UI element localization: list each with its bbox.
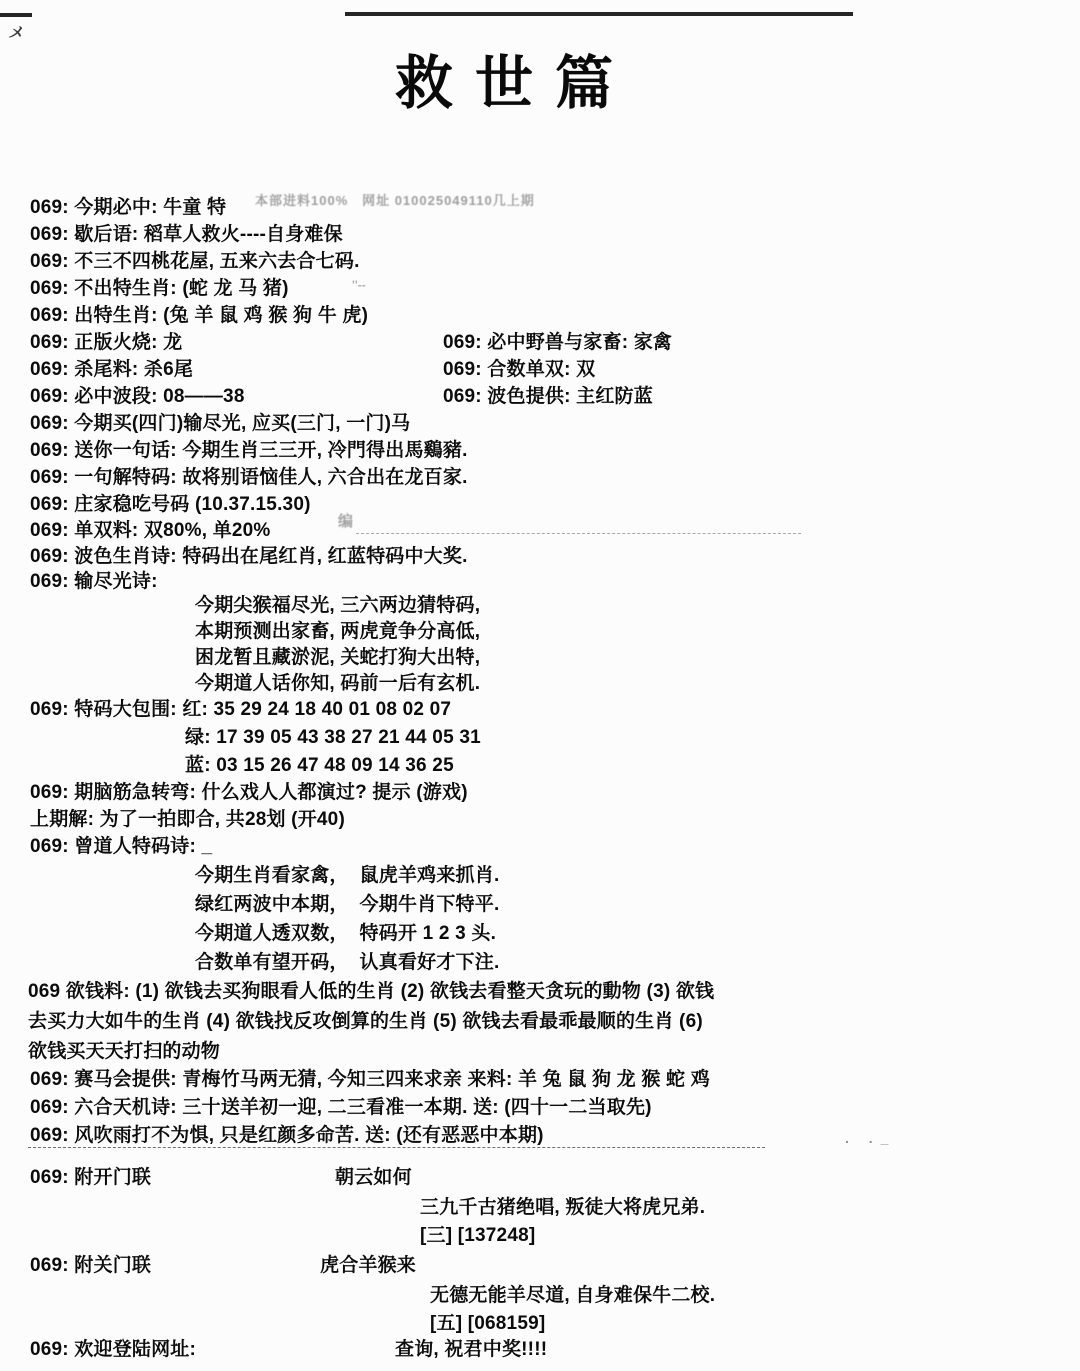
couplet-close-head: 虎合羊猴来 [320,1254,416,1278]
shujinguang-poem-line: 本期预测出家畜, 两虎竟争分高低, [195,620,480,644]
line-kill-tail: 069: 杀尾料: 杀6尾 [30,358,193,382]
scan-smudge: ''-- [352,278,366,292]
couplet-close-code: [五] [068159] [430,1312,545,1336]
line-banker-numbers: 069: 庄家稳吃号码 (10.37.15.30) [30,493,311,517]
bian-artifact: 编 [338,510,354,534]
couplet-open-verse: 三九千古猪绝唱, 叛徒大将虎兄弟. [420,1196,705,1220]
couplet-open-head: 朝云如何 [335,1166,412,1190]
line-parity-ratio: 069: 单双料: 双80%, 单20% [30,519,271,543]
top-rule [345,12,853,16]
zengdaoren-poem-line: 今期道人透双数， 特码开 1 2 3 头. [195,922,496,946]
corner-rule [0,13,32,17]
line-sentence-code: 069: 一句解特码: 故将别语恼佳人, 六合出在龙百家. [30,466,468,490]
line-shujinguang-label: 069: 输尽光诗: [30,570,158,594]
line-sum-parity: 069: 合数单双: 双 [443,358,595,382]
shujinguang-poem-line: 今期尖猴福尽光, 三六两边猜特码, [195,594,480,618]
line-out-zodiac: 069: 出特生肖: (兔 羊 鼠 鸡 猴 狗 牛 虎) [30,304,368,328]
line-zengdaoren-label: 069: 曾道人特码诗: _ [30,835,212,859]
line-one-sentence: 069: 送你一句话: 今期生肖三三开, 冷門得出馬鷄豬. [30,439,468,463]
zengdaoren-poem-line: 今期生肖看家禽， 鼠虎羊鸡来抓肖. [195,864,499,888]
line-wave-range: 069: 必中波段: 08——38 [30,385,245,409]
tail-scan-marks: . ._ [845,1130,896,1146]
money-clues-line2: 去买力大如牛的生肖 (4) 欲钱找反攻倒算的生肖 (5) 欲钱去看最乖最顺的生肖… [28,1010,703,1034]
line-wave-color: 069: 波色提供: 主红防蓝 [443,385,653,409]
bigwrap-blue-row: 蓝: 03 15 26 47 48 09 14 36 25 [185,754,454,778]
dotted-underline-artifact [28,1147,765,1148]
bigwrap-green-row: 绿: 17 39 05 43 38 27 21 44 05 31 [185,726,481,750]
line-last-issue-answer: 上期解: 为了一拍即合, 共28划 (开40) [30,808,345,832]
page-title: 救世篇 [0,36,1030,120]
line-must-hit: 069: 今期必中: 牛童 特 [30,196,226,220]
line-tianji-poem: 069: 六合天机诗: 三十送羊初一迎, 二三看准一本期. 送: (四十一二当取… [30,1096,652,1120]
faded-header-artifact: 本部进料100% 网址 010025049110几上期 [255,189,535,213]
couplet-close-label: 069: 附关门联 [30,1254,151,1278]
money-clues-line1: 069 欲钱料: (1) 欲钱去买狗眼看人低的生肖 (2) 欲钱去看整天贪玩的動… [28,980,714,1004]
line-taohua: 069: 不三不四桃花屋, 五来六去合七码. [30,250,360,274]
line-four-doors: 069: 今期买(四门)输尽光, 应买(三门, 一门)马 [30,412,410,436]
scanned-page: メ 救世篇 本部进料100% 网址 010025049110几上期 069: 今… [0,0,1080,1371]
bigwrap-red-row: 069: 特码大包围: 红: 35 29 24 18 40 01 08 02 0… [30,698,451,722]
line-wind-rain: 069: 风吹雨打不为惧, 只是红颜多命苦. 送: (还有恶恶中本期) [30,1124,544,1148]
line-fire-burn: 069: 正版火烧: 龙 [30,331,182,355]
line-wave-zodiac-poem: 069: 波色生肖诗: 特码出在尾红肖, 红蓝特码中大奖. [30,545,468,569]
line-xiehouyu: 069: 歇后语: 稻草人救火----自身难保 [30,223,343,247]
footer-website-label: 069: 欢迎登陆网址: [30,1338,196,1362]
zengdaoren-poem-line: 绿红两波中本期， 今期牛肖下特平. [195,893,499,917]
couplet-open-label: 069: 附开门联 [30,1166,151,1190]
footer-wish-text: 查询, 祝君中奖!!!! [395,1338,547,1362]
line-jockey-club: 069: 赛马会提供: 青梅竹马两无猜, 今知三四来求亲 来料: 羊 兔 鼠 狗… [30,1068,710,1092]
line-riddle: 069: 期脑筋急转弯: 什么戏人人都演过? 提示 (游戏) [30,781,468,805]
shujinguang-poem-line: 困龙暂且藏淤泥, 关蛇打狗大出特, [195,646,480,670]
line-beast-domestic: 069: 必中野兽与家畜: 家禽 [443,331,672,355]
couplet-close-verse: 无德无能羊尽道, 自身难保牛二校. [430,1284,715,1308]
dashed-scan-artifact [356,533,801,534]
zengdaoren-poem-line: 合数单有望开码， 认真看好才下注. [195,951,499,975]
shujinguang-poem-line: 今期道人话你知, 码前一后有玄机. [195,672,480,696]
line-not-out-zodiac: 069: 不出特生肖: (蛇 龙 马 猪) [30,277,289,301]
couplet-open-code: [三] [137248] [420,1224,535,1248]
money-clues-line3: 欲钱买天天打扫的动物 [28,1040,220,1064]
